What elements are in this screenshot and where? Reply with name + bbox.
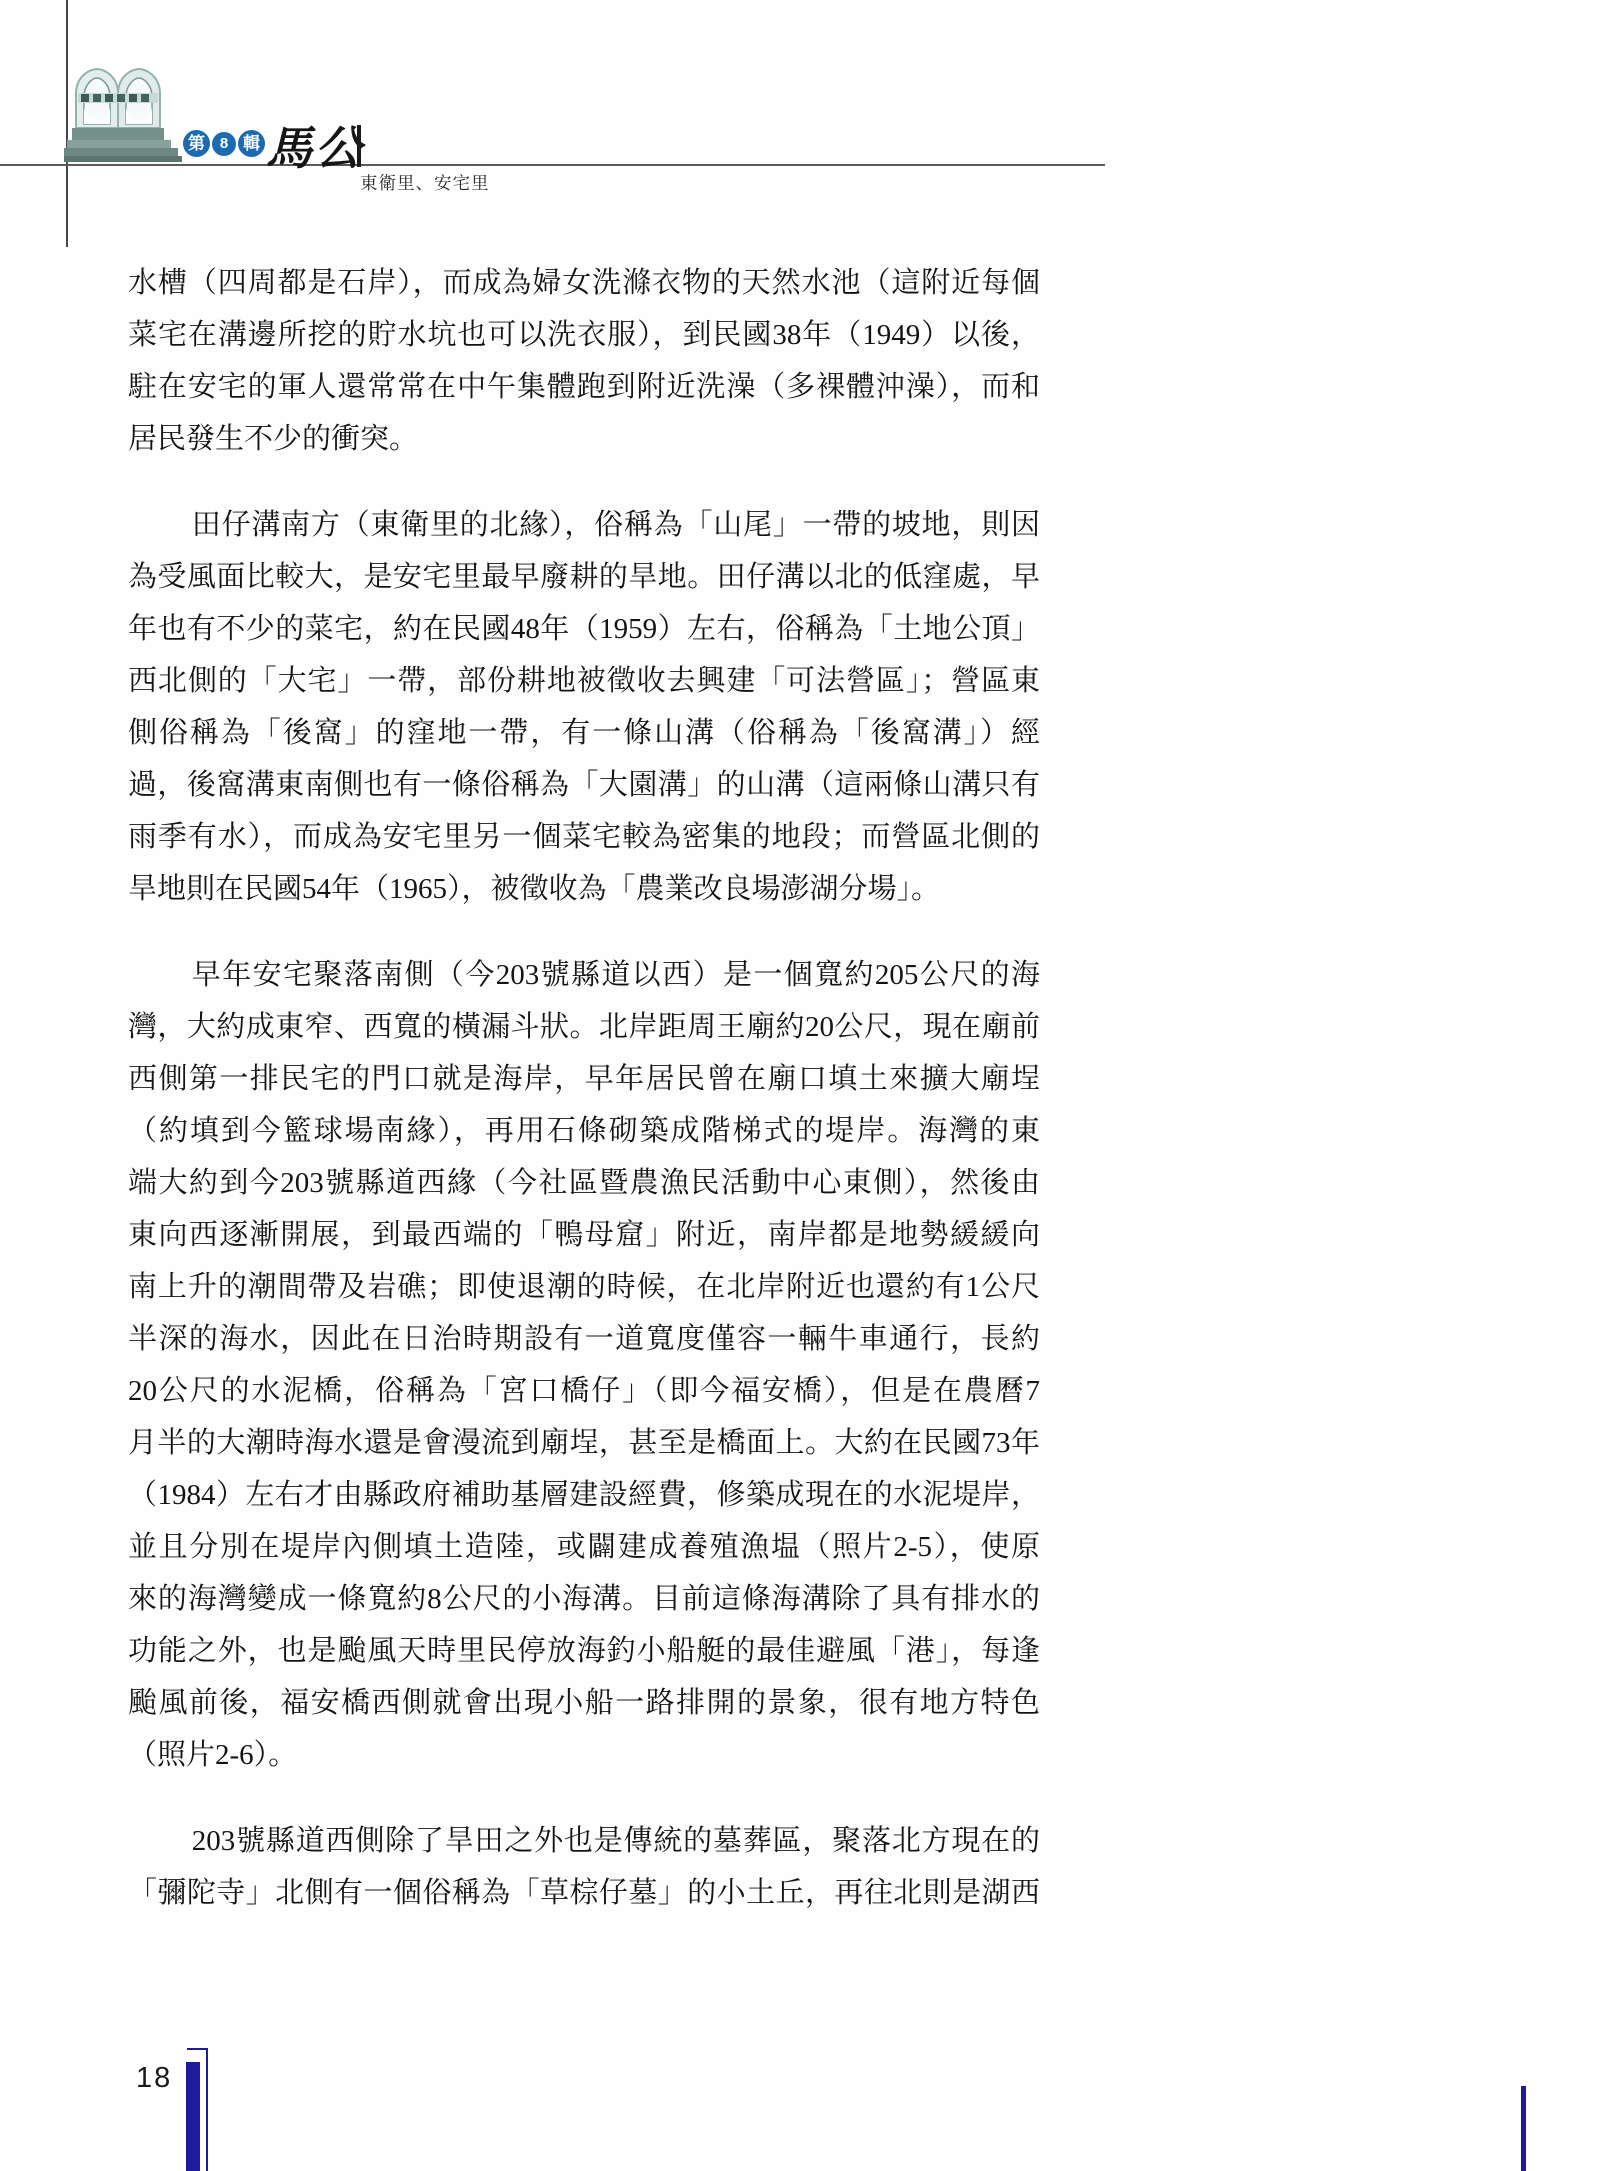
paragraph: 203號縣道西側除了旱田之外也是傳統的墓葬區，聚落北方現在的「彌陀寺」北側有一個… xyxy=(128,1815,1040,1919)
text-line: （照片2-6）。 xyxy=(128,1729,1040,1781)
series-badge-char: 輯 xyxy=(238,130,265,157)
text-line: 為受風面比較大，是安宅里最早廢耕的旱地。田仔溝以北的低窪處，早 xyxy=(128,551,1040,603)
title-divider xyxy=(357,125,361,167)
text-line: 來的海灣變成一條寬約8公尺的小海溝。目前這條海溝除了具有排水的 xyxy=(128,1573,1040,1625)
text-line: 颱風前後，福安橋西側就會出現小船一路排開的景象，很有地方特色 xyxy=(128,1677,1040,1729)
body-text: 水槽（四周都是石岸），而成為婦女洗滌衣物的天然水池（這附近每個菜宅在溝邊所挖的貯… xyxy=(128,257,1040,1919)
text-line: 功能之外，也是颱風天時里民停放海釣小船艇的最佳避風「港」，每逢 xyxy=(128,1625,1040,1677)
text-line: 早年安宅聚落南側（今203號縣道以西）是一個寬約205公尺的海 xyxy=(128,949,1040,1001)
text-line: 雨季有水），而成為安宅里另一個菜宅較為密集的地段；而營區北側的 xyxy=(128,811,1040,863)
page-number: 18 xyxy=(136,2062,172,2095)
text-line: 菜宅在溝邊所挖的貯水坑也可以洗衣服），到民國38年（1949）以後， xyxy=(128,309,1040,361)
book-title: 馬公 xyxy=(266,112,364,178)
text-line: 過，後窩溝東南側也有一條俗稱為「大園溝」的山溝（這兩條山溝只有 xyxy=(128,759,1040,811)
page-corner-bar xyxy=(186,2062,200,2171)
text-line: 端大約到今203號縣道西緣（今社區暨農漁民活動中心東側），然後由 xyxy=(128,1157,1040,1209)
right-edge-bar xyxy=(1521,2086,1526,2171)
paragraph: 早年安宅聚落南側（今203號縣道以西）是一個寬約205公尺的海灣，大約成東窄、西… xyxy=(128,949,1040,1781)
text-line: 東向西逐漸開展，到最西端的「鴨母窟」附近，南岸都是地勢緩緩向 xyxy=(128,1209,1040,1261)
text-line: 月半的大潮時海水還是會漫流到廟埕，甚至是橋面上。大約在民國73年 xyxy=(128,1417,1040,1469)
text-line: 水槽（四周都是石岸），而成為婦女洗滌衣物的天然水池（這附近每個 xyxy=(128,257,1040,309)
text-line: 居民發生不少的衝突。 xyxy=(128,413,1040,465)
text-line: （1984）左右才由縣政府補助基層建設經費，修築成現在的水泥堤岸， xyxy=(128,1469,1040,1521)
text-line: 並且分別在堤岸內側填土造陸，或闢建成養殖漁塭（照片2-5），使原 xyxy=(128,1521,1040,1573)
series-badge-char: 第 xyxy=(183,130,210,157)
paragraph: 田仔溝南方（東衛里的北緣），俗稱為「山尾」一帶的坡地，則因為受風面比較大，是安宅… xyxy=(128,499,1040,915)
monument-logo-icon xyxy=(64,64,186,164)
series-badge: 第 8 輯 xyxy=(183,130,265,157)
text-line: 側俗稱為「後窩」的窪地一帶，有一條山溝（俗稱為「後窩溝」）經 xyxy=(128,707,1040,759)
section-subtitle: 東衛里、安宅里 xyxy=(360,170,480,195)
text-line: 旱地則在民國54年（1965），被徵收為「農業改良場澎湖分場」。 xyxy=(128,863,1040,915)
text-line: 駐在安宅的軍人還常常在中午集體跑到附近洗澡（多裸體沖澡），而和 xyxy=(128,361,1040,413)
text-line: 田仔溝南方（東衛里的北緣），俗稱為「山尾」一帶的坡地，則因 xyxy=(128,499,1040,551)
series-badge-number: 8 xyxy=(212,132,236,156)
page-corner-bar-outline xyxy=(187,2048,208,2050)
text-line: 203號縣道西側除了旱田之外也是傳統的墓葬區，聚落北方現在的 xyxy=(128,1815,1040,1867)
text-line: 灣，大約成東窄、西寬的橫漏斗狀。北岸距周王廟約20公尺，現在廟前 xyxy=(128,1001,1040,1053)
text-line: 20公尺的水泥橋，俗稱為「宮口橋仔」（即今福安橋），但是在農曆7 xyxy=(128,1365,1040,1417)
text-line: （約填到今籃球場南緣），再用石條砌築成階梯式的堤岸。海灣的東 xyxy=(128,1105,1040,1157)
text-line: 年也有不少的菜宅，約在民國48年（1959）左右，俗稱為「土地公頂」 xyxy=(128,603,1040,655)
paragraph: 水槽（四周都是石岸），而成為婦女洗滌衣物的天然水池（這附近每個菜宅在溝邊所挖的貯… xyxy=(128,257,1040,465)
text-line: 半深的海水，因此在日治時期設有一道寬度僅容一輛牛車通行，長約 xyxy=(128,1313,1040,1365)
text-line: 西側第一排民宅的門口就是海岸，早年居民曾在廟口填土來擴大廟埕 xyxy=(128,1053,1040,1105)
page-corner-bar-outline xyxy=(206,2048,208,2171)
text-line: 南上升的潮間帶及岩礁；即使退潮的時候，在北岸附近也還約有1公尺 xyxy=(128,1261,1040,1313)
text-line: 「彌陀寺」北側有一個俗稱為「草棕仔墓」的小土丘，再往北則是湖西 xyxy=(128,1867,1040,1919)
header-rule xyxy=(0,164,1105,166)
text-line: 西北側的「大宅」一帶，部份耕地被徵收去興建「可法營區」；營區東 xyxy=(128,655,1040,707)
